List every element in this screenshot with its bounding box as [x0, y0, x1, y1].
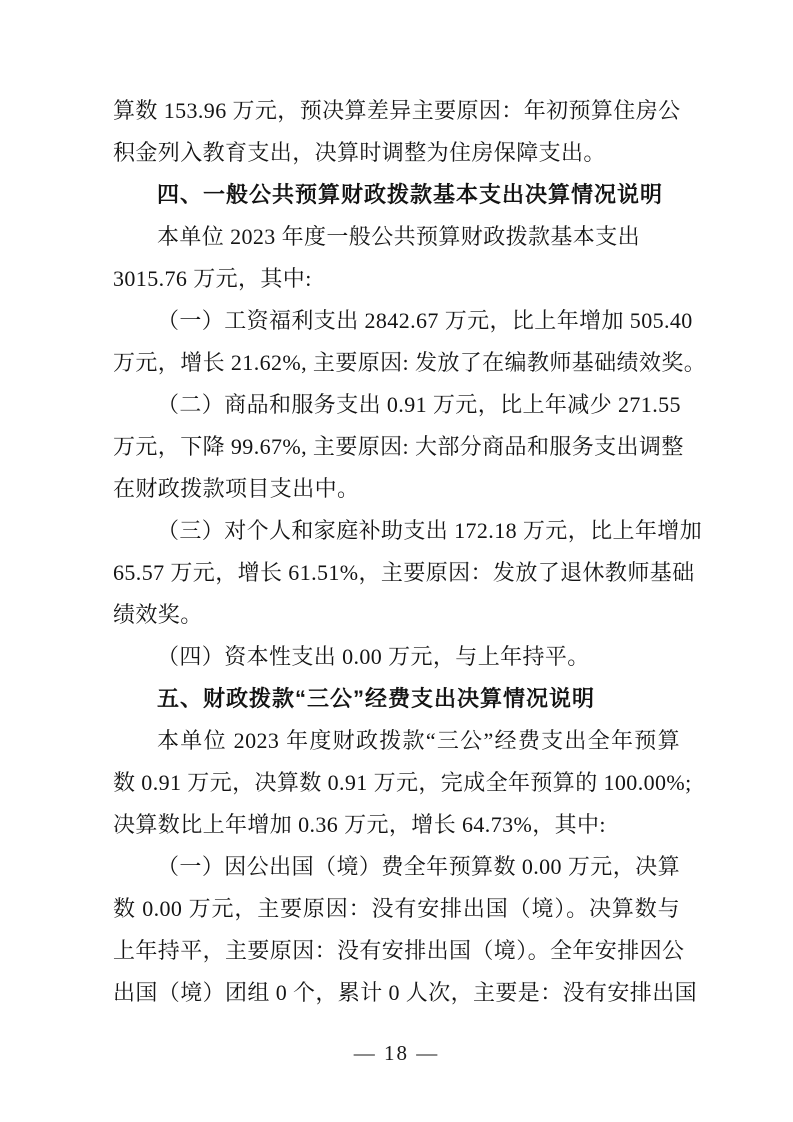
section-4-heading: 四、一般公共预算财政拨款基本支出决算情况说明 — [113, 174, 680, 216]
text-line: 决算数比上年增加 0.36 万元，增长 64.73%，其中: — [113, 804, 680, 846]
document-body: 算数 153.96 万元，预决算差异主要原因：年初预算住房公 积金列入教育支出，… — [113, 90, 680, 1014]
section-5: 五、财政拨款“三公”经费支出决算情况说明 — [113, 678, 680, 720]
text-line: 绩效奖。 — [113, 594, 680, 636]
text-line: 65.57 万元，增长 61.51%，主要原因：发放了退休教师基础 — [113, 552, 680, 594]
section-4: 四、一般公共预算财政拨款基本支出决算情况说明 — [113, 174, 680, 216]
text-line: （一）工资福利支出 2842.67 万元，比上年增加 505.40 — [113, 300, 680, 342]
document-page: 算数 153.96 万元，预决算差异主要原因：年初预算住房公 积金列入教育支出，… — [0, 0, 793, 1122]
paragraph-goods-services: （二）商品和服务支出 0.91 万元，比上年减少 271.55 万元，下降 99… — [113, 384, 680, 510]
paragraph-capital-expenditure: （四）资本性支出 0.00 万元，与上年持平。 — [113, 636, 680, 678]
paragraph-three-public-funds: 本单位 2023 年度财政拨款“三公”经费支出全年预算 数 0.91 万元，决算… — [113, 720, 680, 846]
text-line: 上年持平，主要原因：没有安排出国（境）。全年安排因公 — [113, 930, 680, 972]
text-line: 数 0.91 万元，决算数 0.91 万元，完成全年预算的 100.00%; — [113, 762, 680, 804]
paragraph-individual-family-subsidy: （三）对个人和家庭补助支出 172.18 万元，比上年增加 65.57 万元，增… — [113, 510, 680, 636]
text-line: 算数 153.96 万元，预决算差异主要原因：年初预算住房公 — [113, 90, 680, 132]
text-line: 万元，增长 21.62%, 主要原因: 发放了在编教师基础绩效奖。 — [113, 342, 680, 384]
text-line: 数 0.00 万元，主要原因：没有安排出国（境）。决算数与 — [113, 888, 680, 930]
paragraph-salary-welfare: （一）工资福利支出 2842.67 万元，比上年增加 505.40 万元，增长 … — [113, 300, 680, 384]
paragraph-basic-expenditure-total: 本单位 2023 年度一般公共预算财政拨款基本支出 3015.76 万元，其中: — [113, 216, 680, 300]
text-line: （四）资本性支出 0.00 万元，与上年持平。 — [113, 636, 680, 678]
paragraph-continuation: 算数 153.96 万元，预决算差异主要原因：年初预算住房公 积金列入教育支出，… — [113, 90, 680, 174]
text-line: （一）因公出国（境）费全年预算数 0.00 万元，决算 — [113, 846, 680, 888]
text-line: （三）对个人和家庭补助支出 172.18 万元，比上年增加 — [113, 510, 680, 552]
text-line: 积金列入教育支出，决算时调整为住房保障支出。 — [113, 132, 680, 174]
text-line: 出国（境）团组 0 个，累计 0 人次，主要是：没有安排出国 — [113, 972, 680, 1014]
text-line: 3015.76 万元，其中: — [113, 258, 680, 300]
section-5-heading: 五、财政拨款“三公”经费支出决算情况说明 — [113, 678, 680, 720]
paragraph-overseas-travel: （一）因公出国（境）费全年预算数 0.00 万元，决算 数 0.00 万元，主要… — [113, 846, 680, 1014]
text-line: 本单位 2023 年度财政拨款“三公”经费支出全年预算 — [113, 720, 680, 762]
text-line: 万元，下降 99.67%, 主要原因: 大部分商品和服务支出调整 — [113, 426, 680, 468]
text-line: 本单位 2023 年度一般公共预算财政拨款基本支出 — [113, 216, 680, 258]
page-number: — 18 — — [0, 1038, 793, 1068]
text-line: （二）商品和服务支出 0.91 万元，比上年减少 271.55 — [113, 384, 680, 426]
text-line: 在财政拨款项目支出中。 — [113, 468, 680, 510]
